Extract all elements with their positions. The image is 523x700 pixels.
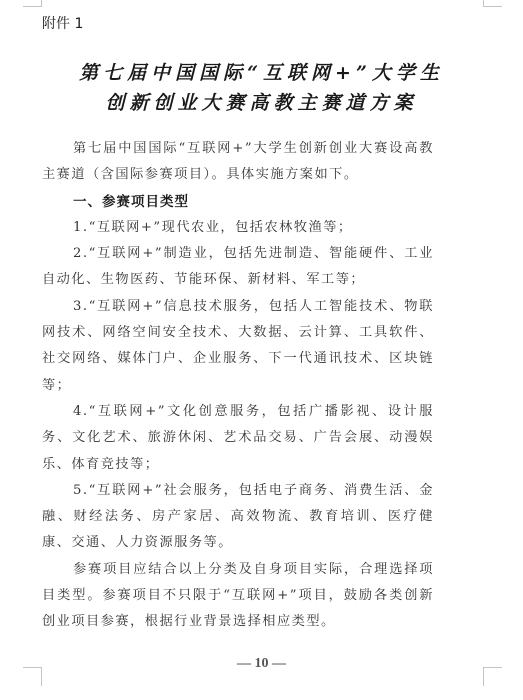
- document-title-line-2: 创新创业大赛高教主赛道方案: [0, 88, 523, 115]
- document-title-line-1: 第七届中国国际“互联网+”大学生: [0, 58, 523, 85]
- list-item: 4.“互联网+”文化创意服务，包括广播影视、设计服务、文化艺术、旅游休闲、艺术品…: [42, 399, 434, 478]
- list-item: 1.“互联网+”现代农业，包括农林牧渔等；: [42, 215, 434, 241]
- list-item: 3.“互联网+”信息技术服务，包括人工智能技术、物联网技术、网络空间安全技术、大…: [42, 294, 434, 399]
- closing-paragraph: 参赛项目应结合以上分类及自身项目实际，合理选择项目类型。参赛项目不只限于“互联网…: [42, 557, 434, 636]
- crop-mark-top-left: [23, 0, 42, 7]
- document-body: 第七届中国国际“互联网+”大学生创新创业大赛设高教主赛道（含国际参赛项目）。具体…: [42, 136, 434, 636]
- list-item: 5.“互联网+”社会服务，包括电子商务、消费生活、金融、财经法务、房产家居、高效…: [42, 478, 434, 557]
- attachment-label: 附件 1: [42, 13, 83, 33]
- section-heading: 一、参赛项目类型: [42, 189, 434, 215]
- crop-mark-top-right: [483, 0, 502, 7]
- intro-paragraph: 第七届中国国际“互联网+”大学生创新创业大赛设高教主赛道（含国际参赛项目）。具体…: [42, 136, 434, 189]
- list-item: 2.“互联网+”制造业，包括先进制造、智能硬件、工业自动化、生物医药、节能环保、…: [42, 241, 434, 294]
- page-number: — 10 —: [0, 656, 523, 672]
